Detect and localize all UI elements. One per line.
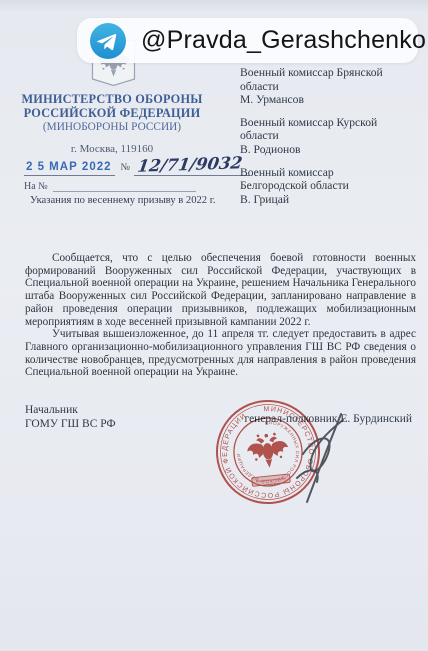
recipient-title-cont: области — [240, 80, 420, 94]
ministry-name-line3: (МИНОБОРОНЫ РОССИИ) — [20, 121, 204, 134]
reference-label: На № — [24, 181, 48, 192]
recipient-belgorod: Военный комиссар Белгородской области В.… — [240, 166, 420, 207]
recipient-name: М. Урмансов — [240, 93, 420, 107]
ministry-name-line2: РОССИЙСКОЙ ФЕДЕРАЦИИ — [20, 107, 204, 121]
letterhead: МИНИСТЕРСТВО ОБОРОНЫ РОССИЙСКОЙ ФЕДЕРАЦИ… — [20, 93, 204, 155]
handwritten-signature — [283, 408, 358, 508]
signer-position: Начальник ГОМУ ГШ ВС РФ — [25, 404, 116, 431]
date-number-row: 2 5 МАР 2022 № 12/71/9032 — [24, 152, 250, 176]
watermark-handle: @Pravda_Gerashchenko — [141, 26, 426, 55]
recipient-bryansk: Военный комиссар Брянской области М. Урм… — [240, 66, 420, 107]
recipient-title: Военный комиссар Брянской — [240, 66, 420, 80]
reference-blank-line — [53, 180, 196, 192]
recipient-title-cont: области — [240, 129, 420, 143]
recipient-title-cont: Белгородской области — [240, 179, 420, 193]
date-stamp: 2 5 МАР 2022 — [24, 161, 115, 176]
recipients-list: Военный комиссар Брянской области М. Урм… — [240, 66, 420, 215]
recipient-name: В. Грицай — [240, 193, 420, 207]
letter-body: Сообщается, что с целью обеспечения боев… — [25, 252, 416, 379]
recipient-name: В. Родионов — [240, 143, 420, 157]
telegram-watermark: @Pravda_Gerashchenko — [77, 18, 418, 63]
telegram-icon — [90, 23, 126, 59]
document-number: 12/71/9032 — [134, 155, 250, 176]
document-number-handwritten: 12/71/9032 — [136, 153, 243, 176]
recipient-title: Военный комиссар — [240, 166, 420, 180]
signer-position-line1: Начальник — [25, 404, 116, 418]
document-photo: @Pravda_Gerashchenko МИНИСТЕРСТВО ОБОРОН… — [0, 0, 428, 651]
ministry-name-line1: МИНИСТЕРСТВО ОБОРОНЫ — [20, 93, 204, 107]
subject-line: Указания по весеннему призыву в 2022 г. — [30, 195, 216, 206]
recipient-title: Военный комиссар Курской — [240, 116, 420, 130]
signer-position-line2: ГОМУ ГШ ВС РФ — [25, 418, 116, 432]
number-sign: № — [121, 162, 131, 173]
body-paragraph-1: Сообщается, что с целью обеспечения боев… — [25, 252, 416, 328]
recipient-kursk: Военный комиссар Курской области В. Роди… — [240, 116, 420, 157]
body-paragraph-2: Учитывая вышеизложенное, до 11 апреля тг… — [25, 328, 416, 379]
reference-row: На № — [24, 180, 196, 192]
